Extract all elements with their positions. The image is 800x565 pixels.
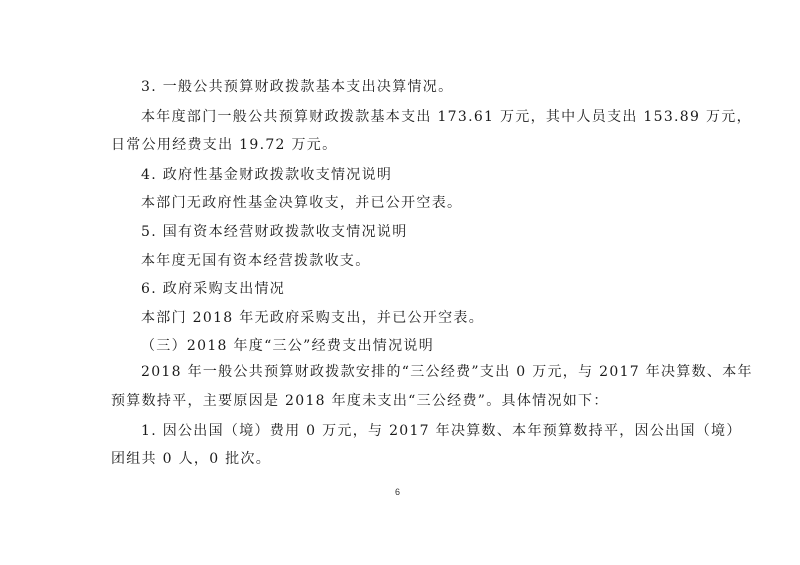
paragraph-state-capital: 本年度无国有资本经营拨款收支。 [141, 252, 733, 270]
paragraph-overseas-travel-line1: 1. 因公出国（境）费用 0 万元，与 2017 年决算数、本年预算数持平，因公… [141, 422, 733, 440]
paragraph-basic-expenditure-line1: 本年度部门一般公共预算财政拨款基本支出 173.61 万元，其中人员支出 153… [141, 108, 733, 126]
heading-state-capital: 5. 国有资本经营财政拨款收支情况说明 [141, 223, 733, 241]
paragraph-three-public-line1: 2018 年一般公共预算财政拨款安排的“三公经费”支出 0 万元，与 2017 … [141, 363, 733, 381]
document-page: 3. 一般公共预算财政拨款基本支出决算情况。 本年度部门一般公共预算财政拨款基本… [0, 0, 800, 565]
paragraph-three-public-line2: 预算数持平，主要原因是 2018 年度未支出“三公经费”。具体情况如下： [111, 392, 703, 410]
page-number: 6 [395, 487, 400, 497]
heading-three-public-expenses: （三）2018 年度“三公”经费支出情况说明 [141, 337, 733, 355]
heading-government-procurement: 6. 政府采购支出情况 [141, 280, 733, 298]
heading-government-fund: 4. 政府性基金财政拨款收支情况说明 [141, 166, 733, 184]
paragraph-overseas-travel-line2: 团组共 0 人，0 批次。 [111, 450, 703, 468]
paragraph-government-fund: 本部门无政府性基金决算收支，并已公开空表。 [141, 194, 733, 212]
heading-general-budget-basic-expenditure: 3. 一般公共预算财政拨款基本支出决算情况。 [141, 78, 733, 96]
paragraph-basic-expenditure-line2: 日常公用经费支出 19.72 万元。 [111, 136, 703, 154]
paragraph-government-procurement: 本部门 2018 年无政府采购支出，并已公开空表。 [141, 309, 733, 327]
